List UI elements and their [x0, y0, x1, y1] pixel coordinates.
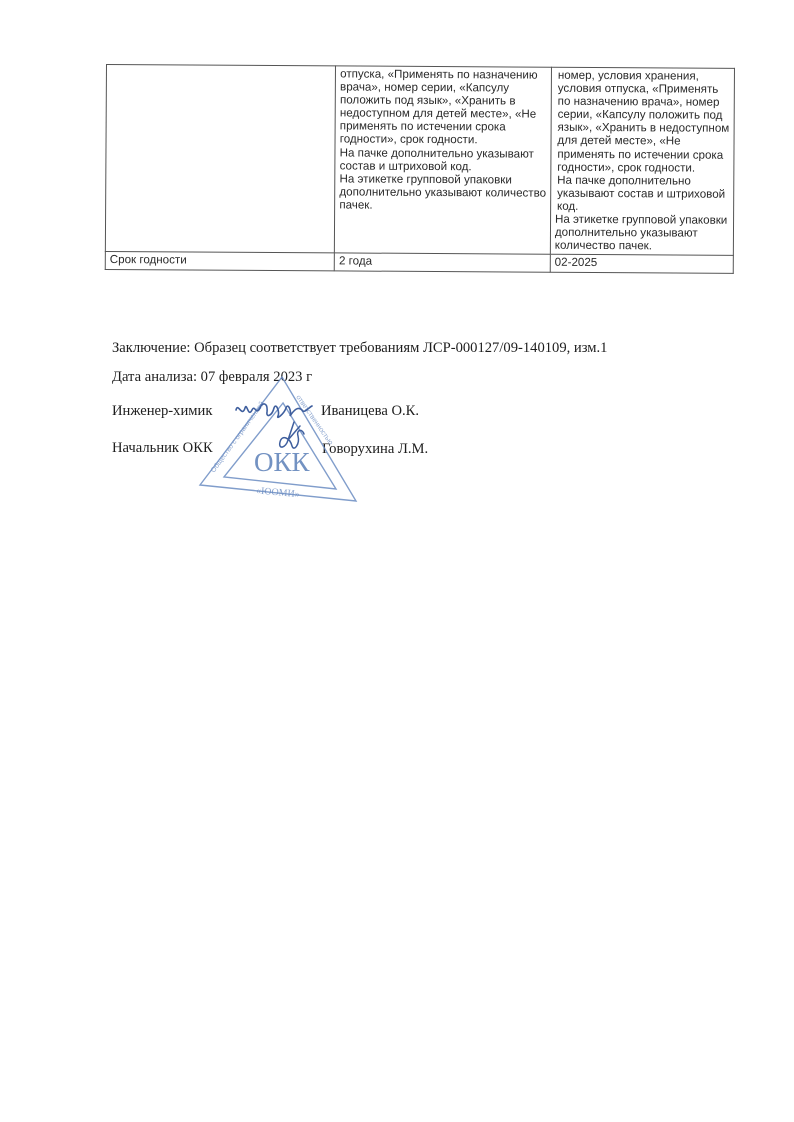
table-row-continuation: отпуска, «Применять по назначению врача»…: [105, 65, 734, 256]
analysis-date: Дата анализа: 07 февраля 2023 г: [112, 369, 312, 386]
head-signature-icon: [270, 420, 314, 460]
table-cell-result: номер, условия хранения, условия отпуска…: [550, 67, 734, 255]
document-page: отпуска, «Применять по назначению врача»…: [0, 0, 794, 1122]
table-cell-parameter: [105, 65, 335, 254]
engineer-name: Иваницева О.К.: [321, 403, 419, 420]
result-text-group-pack: На этикетке групповой упаковки дополните…: [555, 213, 729, 253]
requirement-text-group-pack: На этикетке групповой упаковки дополните…: [339, 172, 546, 213]
svg-text:ответственностью: ответственностью: [294, 394, 333, 446]
table-row-shelf-life: Срок годности 2 года 02-2025: [105, 252, 733, 274]
engineer-signature-icon: [232, 396, 322, 426]
requirement-text-pack: На пачке дополнительно указывают состав …: [340, 146, 547, 173]
shelf-life-requirement: 2 года: [334, 253, 550, 272]
shelf-life-actual: 02-2025: [550, 255, 733, 274]
spacer: [339, 211, 546, 238]
conclusion-text: Заключение: Образец соответствует требов…: [112, 340, 607, 357]
result-text-pack: На пачке дополнительно указывают состав …: [555, 173, 729, 213]
shelf-life-label: Срок годности: [105, 252, 334, 271]
svg-text:ОКК: ОКК: [254, 447, 311, 477]
table-cell-requirement: отпуска, «Применять по назначению врача»…: [335, 66, 552, 255]
svg-text:Общество с ограниченной: Общество с ограниченной: [209, 400, 266, 474]
requirement-text-labeling: отпуска, «Применять по назначению врача»…: [340, 67, 547, 147]
result-text-labeling: номер, условия хранения, условия отпуска…: [555, 69, 730, 175]
specification-table: отпуска, «Применять по назначению врача»…: [105, 64, 735, 274]
engineer-title: Инженер-химик: [112, 403, 212, 420]
head-title: Начальник ОКК: [112, 440, 213, 457]
svg-text:«ЮОМИ»: «ЮОМИ»: [256, 485, 301, 500]
head-name: Говорухина Л.М.: [322, 441, 428, 458]
